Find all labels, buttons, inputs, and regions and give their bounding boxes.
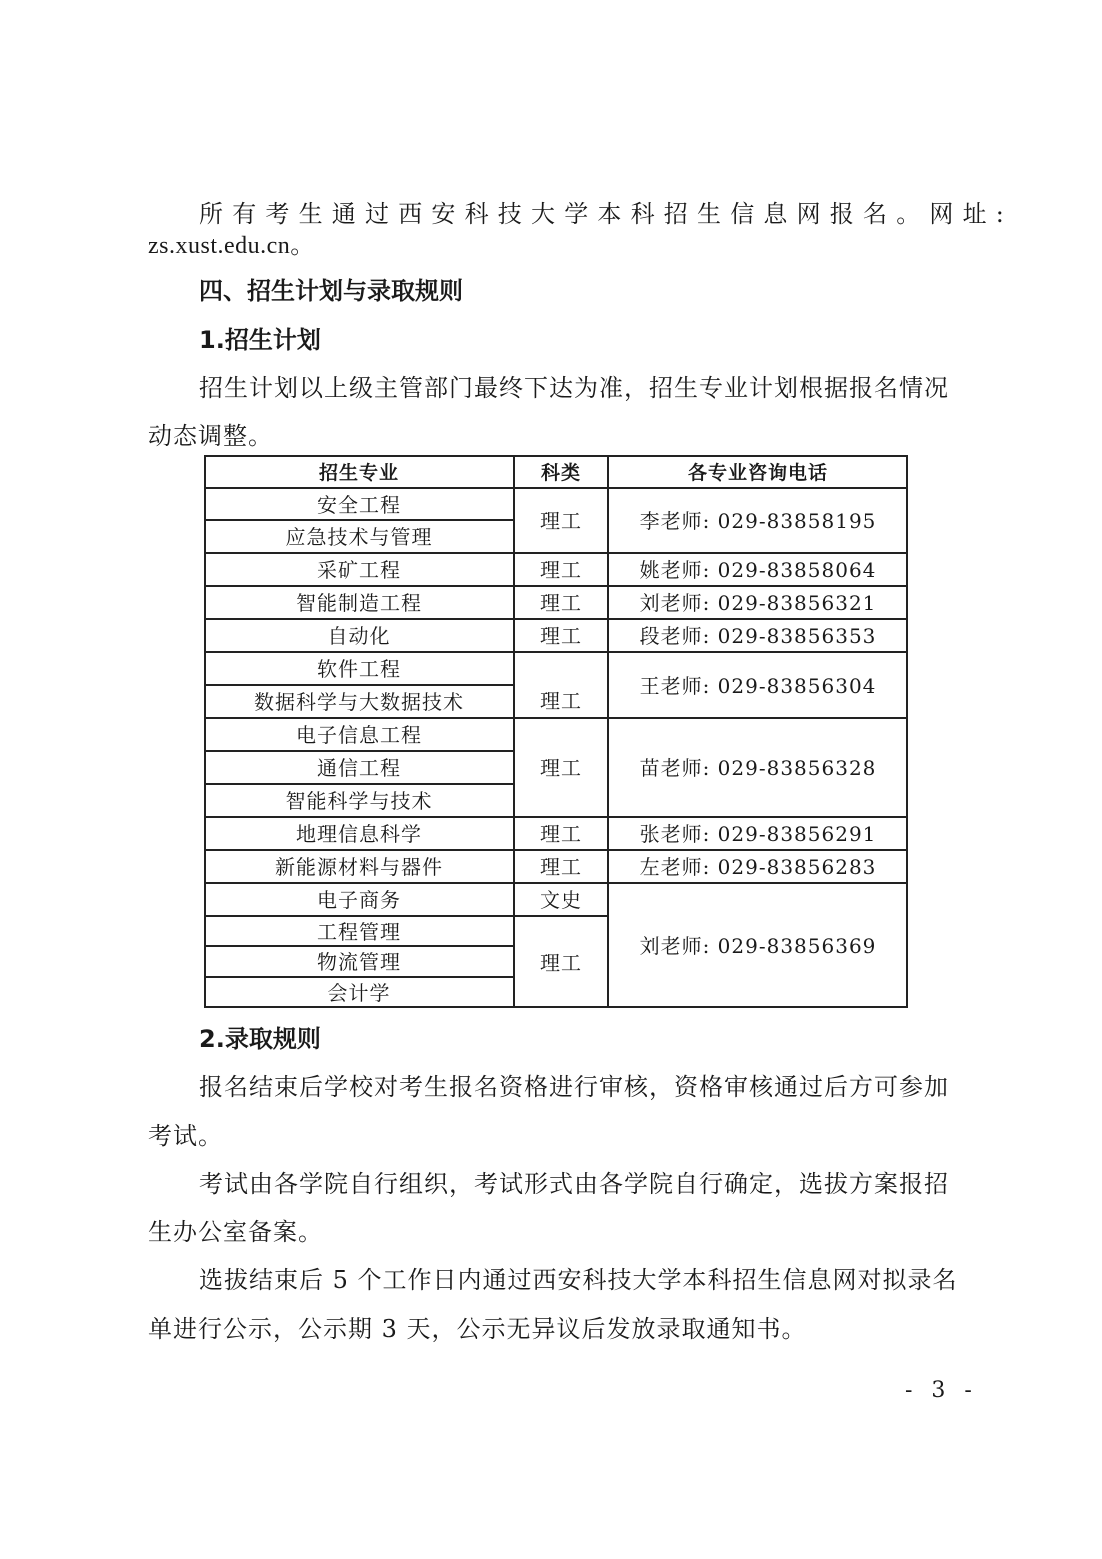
table-header-major: 招生专业 — [204, 455, 514, 488]
table-category-cell: 理工 — [514, 849, 608, 882]
rules-p1-line-2: 考试。 — [148, 1121, 223, 1151]
table-major-cell: 地理信息科学 — [204, 816, 514, 849]
table-category-cell: 理工 — [514, 651, 608, 717]
page-number: - 3 - — [905, 1378, 978, 1403]
rules-p2-line-1: 考试由各学院自行组织，考试形式由各学院自行确定，选拔方案报招 — [199, 1169, 949, 1199]
table-contact-cell: 刘老师: 029-83856321 — [608, 585, 908, 618]
table-category-cell: 理工 — [514, 618, 608, 651]
table-category-cell: 理工 — [514, 915, 608, 1007]
table-contact-cell: 李老师: 029-83858195 — [608, 487, 908, 552]
table-contact-cell: 刘老师: 029-83856369 — [608, 882, 908, 1007]
table-contact-cell: 苗老师: 029-83856328 — [608, 717, 908, 816]
table-major-cell: 自动化 — [204, 618, 514, 651]
table-header-category: 科类 — [514, 455, 608, 488]
section-heading: 四、招生计划与录取规则 — [199, 276, 463, 306]
table-major-cell: 新能源材料与器件 — [204, 849, 514, 882]
rules-p3-line-1: 选拔结束后 5 个工作日内通过西安科技大学本科招生信息网对拟录名 — [199, 1265, 958, 1295]
table-major-cell: 工程管理 — [204, 915, 514, 945]
table-major-cell: 物流管理 — [204, 945, 514, 976]
rules-p1-line-1: 报名结束后学校对考生报名资格进行审核，资格审核通过后方可参加 — [199, 1072, 949, 1102]
table-major-cell: 电子信息工程 — [204, 717, 514, 750]
table-contact-cell: 张老师: 029-83856291 — [608, 816, 908, 849]
table-contact-cell: 左老师: 029-83856283 — [608, 849, 908, 882]
table-major-cell: 智能科学与技术 — [204, 783, 514, 816]
table-major-cell: 数据科学与大数据技术 — [204, 684, 514, 717]
subsection-heading-plan: 1.招生计划 — [199, 325, 321, 355]
intro-url: zs.xust.edu.cn。 — [148, 231, 315, 261]
rules-p2-line-2: 生办公室备案。 — [148, 1217, 323, 1247]
table-major-cell: 会计学 — [204, 976, 514, 1007]
table-contact-cell: 姚老师: 029-83858064 — [608, 552, 908, 585]
table-major-cell: 通信工程 — [204, 750, 514, 783]
table-category-cell: 理工 — [514, 816, 608, 849]
table-header-phone: 各专业咨询电话 — [608, 455, 908, 488]
table-category-cell: 理工 — [514, 487, 608, 552]
table-major-cell: 安全工程 — [204, 487, 514, 520]
subsection-heading-rules: 2.录取规则 — [199, 1024, 321, 1054]
table-category-cell: 文史 — [514, 882, 608, 915]
enrollment-table: 招生专业 科类 各专业咨询电话 安全工程 应急技术与管理 采矿工程 智能制造工程… — [204, 455, 908, 1008]
plan-paragraph-line-1: 招生计划以上级主管部门最终下达为准，招生专业计划根据报名情况 — [199, 373, 949, 403]
table-major-cell: 智能制造工程 — [204, 585, 514, 618]
table-contact-cell: 王老师: 029-83856304 — [608, 651, 908, 717]
table-major-cell: 采矿工程 — [204, 552, 514, 585]
table-major-cell: 应急技术与管理 — [204, 519, 514, 552]
rules-p3-line-2: 单进行公示，公示期 3 天，公示无异议后发放录取通知书。 — [148, 1314, 807, 1344]
table-major-cell: 电子商务 — [204, 882, 514, 915]
table-category-cell: 理工 — [514, 717, 608, 816]
intro-line-1: 所有考生通过西安科技大学本科招生信息网报名。网址: — [199, 199, 1013, 229]
table-category-cell: 理工 — [514, 552, 608, 585]
table-major-cell: 软件工程 — [204, 651, 514, 684]
plan-paragraph-line-2: 动态调整。 — [148, 421, 273, 451]
table-category-cell: 理工 — [514, 585, 608, 618]
table-contact-cell: 段老师: 029-83856353 — [608, 618, 908, 651]
